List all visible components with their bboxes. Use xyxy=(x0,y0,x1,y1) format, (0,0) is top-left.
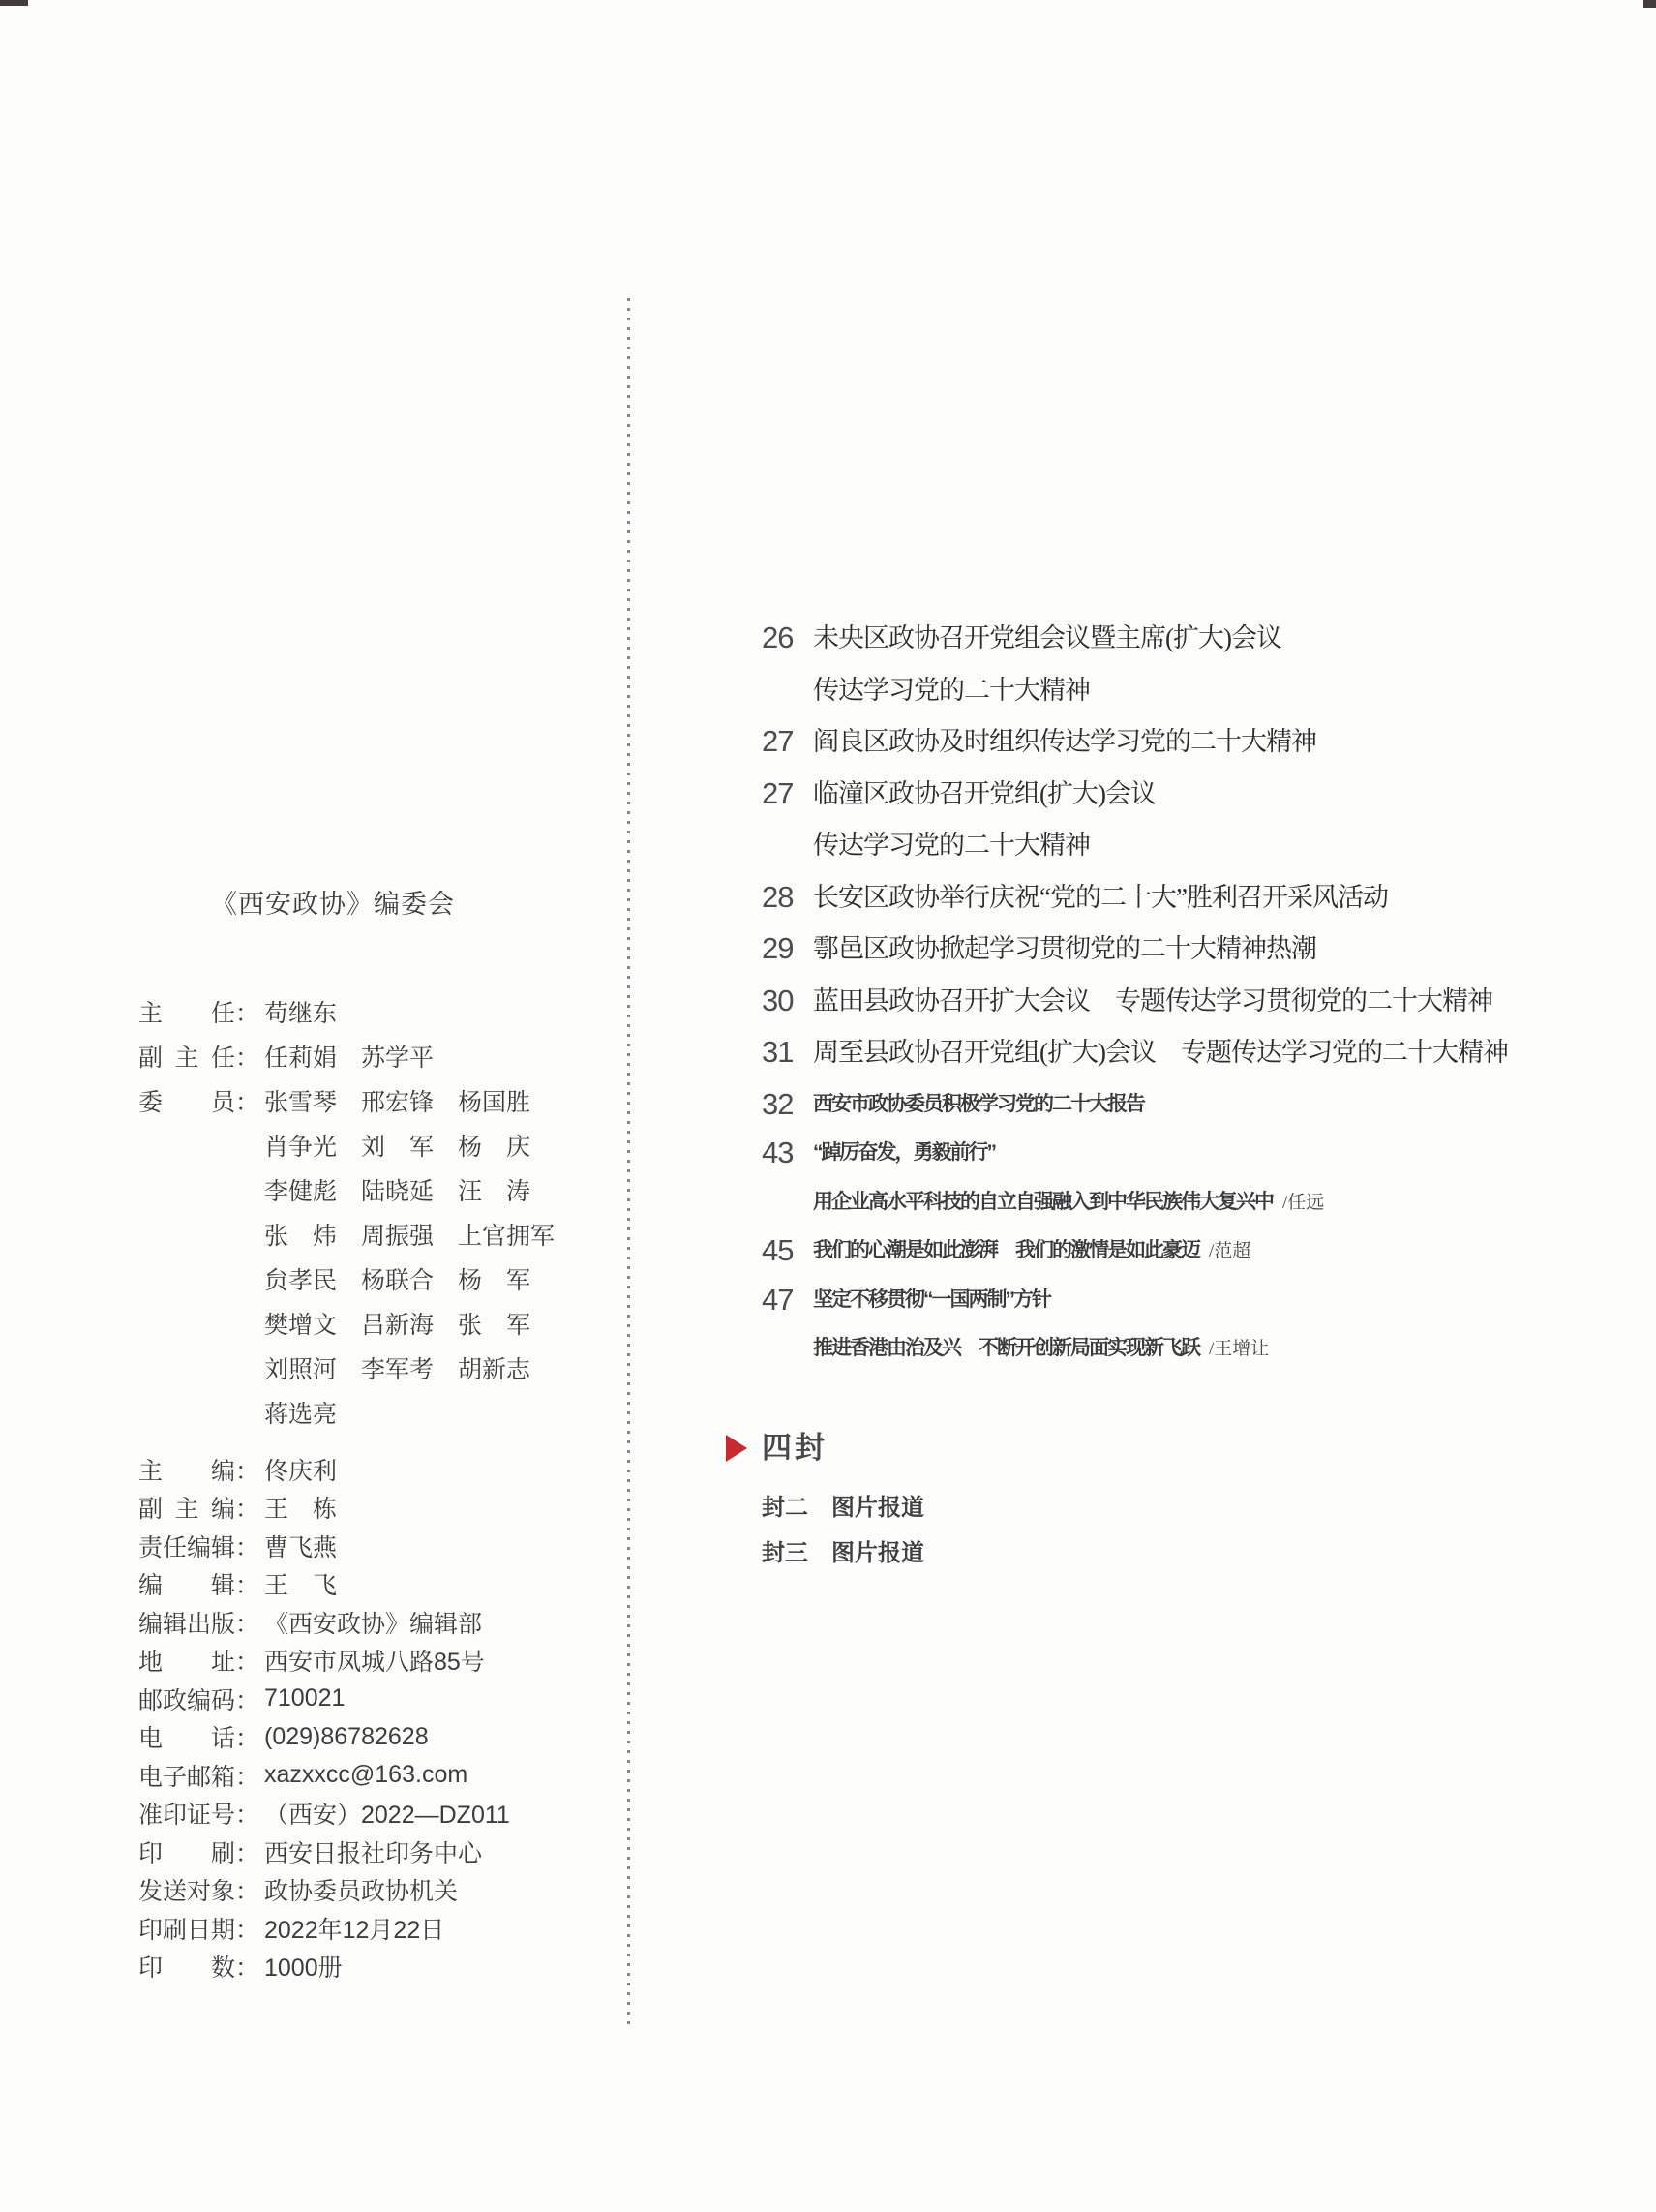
board-row: 刘照河 李军考 胡新志 xyxy=(138,1346,527,1390)
publication-row-value: 西安日报社印务中心 xyxy=(264,1834,527,1869)
board-row: 张 炜 周振强 上官拥军 xyxy=(138,1212,527,1257)
board-row-value: 肖争光 刘 军 杨 庆 xyxy=(264,1128,530,1163)
toc-line-text: 传达学习党的二十大精神 xyxy=(813,676,1090,705)
toc-entry-lines: “踔厉奋发，勇毅前行”用企业高水平科技的自立自强融入到中华民族伟大复兴中/任远 xyxy=(813,1130,1594,1227)
toc-page-number: 32 xyxy=(762,1081,813,1129)
board-row-value: 刘照河 李军考 胡新志 xyxy=(264,1350,530,1385)
publication-row-colon: ： xyxy=(235,1911,264,1946)
editorial-board-list: 主任：苟继东副主任：任莉娟 苏学平委员：张雪琴 邢宏锋 杨国胜肖争光 刘 军 杨… xyxy=(138,989,527,1435)
toc-entry: 29鄠邑区政协掀起学习贯彻党的二十大精神热潮 xyxy=(762,925,1594,978)
publication-row-colon: ： xyxy=(235,1643,264,1678)
toc-line-text: 未央区政协召开党组会议暨主席(扩大)会议 xyxy=(813,623,1281,652)
toc-entry: 31周至县政协召开党组(扩大)会议 专题传达学习党的二十大精神 xyxy=(762,1029,1594,1081)
publication-row-value: 西安市凤城八路85号 xyxy=(264,1643,527,1678)
publication-row-value: 2022年12月22日 xyxy=(264,1911,527,1946)
toc-entry: 45我们的心潮是如此澎湃 我们的激情是如此豪迈/范超 xyxy=(762,1227,1594,1277)
toc-line-text: 蓝田县政协召开扩大会议 专题传达学习贯彻党的二十大精神 xyxy=(813,986,1492,1015)
toc-line: 传达学习党的二十大精神 xyxy=(813,822,1594,874)
cover-item-list: 封二 图片报道封三 图片报道 xyxy=(762,1485,1594,1576)
toc-entry-lines: 未央区政协召开党组会议暨主席(扩大)会议传达学习党的二十大精神 xyxy=(813,615,1594,718)
publication-row-label: 地址 xyxy=(138,1643,235,1678)
toc-entry: 27临潼区政协召开党组(扩大)会议传达学习党的二十大精神 xyxy=(762,771,1594,874)
magazine-contents-page: 《西安政协》编委会 主任：苟继东副主任：任莉娟 苏学平委员：张雪琴 邢宏锋 杨国… xyxy=(0,0,1656,2212)
toc-line-text: 我们的心潮是如此澎湃 我们的激情是如此豪迈 xyxy=(813,1239,1199,1261)
table-of-contents: 26未央区政协召开党组会议暨主席(扩大)会议传达学习党的二十大精神27阎良区政协… xyxy=(762,615,1594,1576)
publication-row-label: 主编 xyxy=(138,1452,235,1487)
print-registration-mark-right xyxy=(1643,0,1656,8)
toc-author: /任远 xyxy=(1282,1193,1324,1213)
toc-line: 长安区政协举行庆祝“党的二十大”胜利召开采风活动 xyxy=(813,874,1594,926)
toc-line-text: “踔厉奋发，勇毅前行” xyxy=(813,1141,995,1164)
publication-row-colon: ： xyxy=(235,1834,264,1869)
publication-row: 发送对象：政协委员政协机关 xyxy=(138,1871,527,1910)
publication-row-colon: ： xyxy=(235,1682,264,1716)
toc-line: 传达学习党的二十大精神 xyxy=(813,667,1594,719)
publication-row-label: 印数 xyxy=(138,1949,235,1984)
toc-line: 坚定不移贯彻“一国两制”方针 xyxy=(813,1277,1594,1326)
toc-line-text: 坚定不移贯彻“一国两制”方针 xyxy=(813,1288,1050,1311)
cover-section: 四封 封二 图片报道封三 图片报道 xyxy=(762,1431,1594,1576)
cover-item: 封三 图片报道 xyxy=(762,1530,1594,1576)
publication-row-label: 责任编辑 xyxy=(138,1529,235,1563)
board-row-value: 贠孝民 杨联合 杨 军 xyxy=(264,1261,530,1296)
publication-row-label: 印刷日期 xyxy=(138,1911,235,1946)
cover-item: 封二 图片报道 xyxy=(762,1485,1594,1530)
toc-entry-lines: 阎良区政协及时组织传达学习党的二十大精神 xyxy=(813,718,1594,771)
publication-info-list: 主编：佟庆利副主编：王 栋责任编辑：曹飞燕编辑：王 飞编辑出版：《西安政协》编辑… xyxy=(138,1450,527,1985)
board-row: 樊增文 吕新海 张 军 xyxy=(138,1301,527,1346)
board-row-value: 樊增文 吕新海 张 军 xyxy=(264,1306,530,1341)
toc-author: /王增让 xyxy=(1209,1339,1269,1359)
publication-row: 副主编：王 栋 xyxy=(138,1489,527,1528)
publication-row-value: （西安）2022—DZ011 xyxy=(264,1796,527,1831)
publication-row-label: 邮政编码 xyxy=(138,1682,235,1716)
board-row-colon: ： xyxy=(235,1083,264,1118)
board-row-value: 蒋选亮 xyxy=(264,1395,527,1430)
toc-line: 临潼区政协召开党组(扩大)会议 xyxy=(813,771,1594,823)
toc-entry-lines: 西安市政协委员积极学习党的二十大报告 xyxy=(813,1081,1594,1131)
publication-row-value: 1000册 xyxy=(264,1949,527,1984)
toc-line-text: 长安区政协举行庆祝“党的二十大”胜利召开采风活动 xyxy=(813,883,1388,912)
publication-row-colon: ： xyxy=(235,1452,264,1487)
publication-row-value: 王 栋 xyxy=(264,1490,527,1525)
toc-entry-lines: 我们的心潮是如此澎湃 我们的激情是如此豪迈/范超 xyxy=(813,1227,1594,1277)
board-row: 主任：苟继东 xyxy=(138,989,527,1034)
publication-row: 地址：西安市凤城八路85号 xyxy=(138,1642,527,1681)
publication-row-label: 电话 xyxy=(138,1719,235,1754)
board-row-colon: ： xyxy=(235,1039,264,1074)
editorial-board-title: 《西安政协》编委会 xyxy=(138,887,527,922)
cover-section-header: 四封 xyxy=(762,1431,1594,1466)
publication-row: 电话：(029)86782628 xyxy=(138,1718,527,1757)
toc-line-text: 临潼区政协召开党组(扩大)会议 xyxy=(813,779,1156,808)
publication-row-colon: ： xyxy=(235,1490,264,1525)
toc-line: 鄠邑区政协掀起学习贯彻党的二十大精神热潮 xyxy=(813,925,1594,978)
publication-row: 主编：佟庆利 xyxy=(138,1450,527,1489)
publication-row: 电子邮箱：xazxxcc@163.com xyxy=(138,1756,527,1795)
board-row-value: 张 炜 周振强 上官拥军 xyxy=(264,1217,555,1252)
toc-entry-lines: 鄠邑区政协掀起学习贯彻党的二十大精神热潮 xyxy=(813,925,1594,978)
publication-row-colon: ： xyxy=(235,1719,264,1754)
toc-page-number: 28 xyxy=(762,874,813,922)
board-row: 副主任：任莉娟 苏学平 xyxy=(138,1034,527,1078)
editorial-board-panel: 《西安政协》编委会 主任：苟继东副主任：任莉娟 苏学平委员：张雪琴 邢宏锋 杨国… xyxy=(138,887,527,1985)
toc-entry: 26未央区政协召开党组会议暨主席(扩大)会议传达学习党的二十大精神 xyxy=(762,615,1594,718)
board-row-label: 委员 xyxy=(138,1083,235,1118)
board-row: 贠孝民 杨联合 杨 军 xyxy=(138,1257,527,1301)
toc-entry-lines: 蓝田县政协召开扩大会议 专题传达学习贯彻党的二十大精神 xyxy=(813,978,1594,1030)
toc-page-number: 27 xyxy=(762,718,813,766)
board-row-value: 李健彪 陆晓延 汪 涛 xyxy=(264,1172,530,1207)
publication-row: 印数：1000册 xyxy=(138,1948,527,1986)
toc-entry: 47坚定不移贯彻“一国两制”方针推进香港由治及兴 不断开创新局面实现新飞跃/王增… xyxy=(762,1277,1594,1375)
toc-line-text: 传达学习党的二十大精神 xyxy=(813,831,1090,860)
publication-row-label: 发送对象 xyxy=(138,1872,235,1907)
publication-row-label: 印刷 xyxy=(138,1834,235,1869)
publication-row-value: 政协委员政协机关 xyxy=(264,1872,527,1907)
toc-entry: 32西安市政协委员积极学习党的二十大报告 xyxy=(762,1081,1594,1131)
toc-line: “踔厉奋发，勇毅前行” xyxy=(813,1130,1594,1179)
publication-row-value: (029)86782628 xyxy=(264,1723,527,1751)
publication-row: 准印证号：（西安）2022—DZ011 xyxy=(138,1795,527,1833)
toc-page-number: 27 xyxy=(762,771,813,818)
board-row: 肖争光 刘 军 杨 庆 xyxy=(138,1123,527,1167)
publication-row-label: 编辑 xyxy=(138,1566,235,1601)
publication-row-label: 准印证号 xyxy=(138,1796,235,1831)
toc-entry: 28长安区政协举行庆祝“党的二十大”胜利召开采风活动 xyxy=(762,874,1594,926)
toc-page-number: 26 xyxy=(762,615,813,662)
toc-page-number: 43 xyxy=(762,1130,813,1177)
toc-line: 西安市政协委员积极学习党的二十大报告 xyxy=(813,1081,1594,1131)
red-arrow-icon xyxy=(726,1435,747,1462)
publication-row: 邮政编码：710021 xyxy=(138,1680,527,1718)
publication-row-value: 曹飞燕 xyxy=(264,1529,527,1563)
board-row: 蒋选亮 xyxy=(138,1390,527,1435)
publication-row: 印刷日期：2022年12月22日 xyxy=(138,1909,527,1948)
board-row-label: 主任 xyxy=(138,994,235,1029)
toc-page-number: 29 xyxy=(762,925,813,973)
board-row: 李健彪 陆晓延 汪 涛 xyxy=(138,1167,527,1212)
publication-row-value: 710021 xyxy=(264,1684,527,1712)
board-row-colon: ： xyxy=(235,994,264,1029)
board-row-label: 副主任 xyxy=(138,1039,235,1074)
toc-line-text: 鄠邑区政协掀起学习贯彻党的二十大精神热潮 xyxy=(813,934,1316,963)
toc-line: 未央区政协召开党组会议暨主席(扩大)会议 xyxy=(813,615,1594,667)
publication-row-colon: ： xyxy=(235,1758,264,1793)
dotted-column-divider xyxy=(627,298,630,2031)
publication-row-value: 佟庆利 xyxy=(264,1452,527,1487)
toc-line: 周至县政协召开党组(扩大)会议 专题传达学习党的二十大精神 xyxy=(813,1029,1594,1081)
toc-entry: 27阎良区政协及时组织传达学习党的二十大精神 xyxy=(762,718,1594,771)
toc-page-number: 45 xyxy=(762,1227,813,1275)
board-row-value: 张雪琴 邢宏锋 杨国胜 xyxy=(264,1083,530,1118)
toc-page-number: 47 xyxy=(762,1277,813,1324)
toc-page-number: 31 xyxy=(762,1029,813,1076)
toc-line: 推进香港由治及兴 不断开创新局面实现新飞跃/王增让 xyxy=(813,1325,1594,1375)
toc-line-text: 周至县政协召开党组(扩大)会议 专题传达学习党的二十大精神 xyxy=(813,1038,1508,1067)
publication-row-label: 编辑出版 xyxy=(138,1605,235,1640)
toc-entry: 30蓝田县政协召开扩大会议 专题传达学习贯彻党的二十大精神 xyxy=(762,978,1594,1030)
publication-row-colon: ： xyxy=(235,1949,264,1984)
toc-line: 我们的心潮是如此澎湃 我们的激情是如此豪迈/范超 xyxy=(813,1227,1594,1277)
publication-row-label: 电子邮箱 xyxy=(138,1758,235,1793)
publication-row: 责任编辑：曹飞燕 xyxy=(138,1527,527,1565)
toc-line: 用企业高水平科技的自立自强融入到中华民族伟大复兴中/任远 xyxy=(813,1179,1594,1228)
publication-row-value: 王 飞 xyxy=(264,1566,527,1601)
toc-entry-list: 26未央区政协召开党组会议暨主席(扩大)会议传达学习党的二十大精神27阎良区政协… xyxy=(762,615,1594,1375)
toc-entry-lines: 长安区政协举行庆祝“党的二十大”胜利召开采风活动 xyxy=(813,874,1594,926)
toc-entry-lines: 临潼区政协召开党组(扩大)会议传达学习党的二十大精神 xyxy=(813,771,1594,874)
cover-section-title: 四封 xyxy=(762,1431,828,1466)
toc-author: /范超 xyxy=(1209,1241,1250,1261)
publication-row: 编辑出版：《西安政协》编辑部 xyxy=(138,1603,527,1642)
toc-line: 阎良区政协及时组织传达学习党的二十大精神 xyxy=(813,718,1594,771)
publication-row-value: 《西安政协》编辑部 xyxy=(264,1605,527,1640)
publication-row-colon: ： xyxy=(235,1566,264,1601)
publication-row-label: 副主编 xyxy=(138,1490,235,1525)
toc-line-text: 推进香港由治及兴 不断开创新局面实现新飞跃 xyxy=(813,1337,1199,1359)
publication-row-colon: ： xyxy=(235,1529,264,1563)
print-registration-mark-left xyxy=(0,0,28,6)
board-row-value: 任莉娟 苏学平 xyxy=(264,1039,527,1074)
publication-row-colon: ： xyxy=(235,1872,264,1907)
publication-row-value: xazxxcc@163.com xyxy=(264,1761,527,1789)
toc-line: 蓝田县政协召开扩大会议 专题传达学习贯彻党的二十大精神 xyxy=(813,978,1594,1030)
publication-row-colon: ： xyxy=(235,1605,264,1640)
board-row: 委员：张雪琴 邢宏锋 杨国胜 xyxy=(138,1078,527,1123)
toc-page-number: 30 xyxy=(762,978,813,1025)
toc-entry-lines: 坚定不移贯彻“一国两制”方针推进香港由治及兴 不断开创新局面实现新飞跃/王增让 xyxy=(813,1277,1594,1375)
toc-entry: 43“踔厉奋发，勇毅前行”用企业高水平科技的自立自强融入到中华民族伟大复兴中/任… xyxy=(762,1130,1594,1227)
publication-row-colon: ： xyxy=(235,1796,264,1831)
toc-line-text: 用企业高水平科技的自立自强融入到中华民族伟大复兴中 xyxy=(813,1191,1273,1213)
board-row-value: 苟继东 xyxy=(264,994,527,1029)
toc-line-text: 西安市政协委员积极学习党的二十大报告 xyxy=(813,1093,1144,1115)
toc-line-text: 阎良区政协及时组织传达学习党的二十大精神 xyxy=(813,727,1316,756)
publication-row: 编辑：王 飞 xyxy=(138,1565,527,1604)
publication-row: 印刷：西安日报社印务中心 xyxy=(138,1833,527,1871)
toc-entry-lines: 周至县政协召开党组(扩大)会议 专题传达学习党的二十大精神 xyxy=(813,1029,1594,1081)
